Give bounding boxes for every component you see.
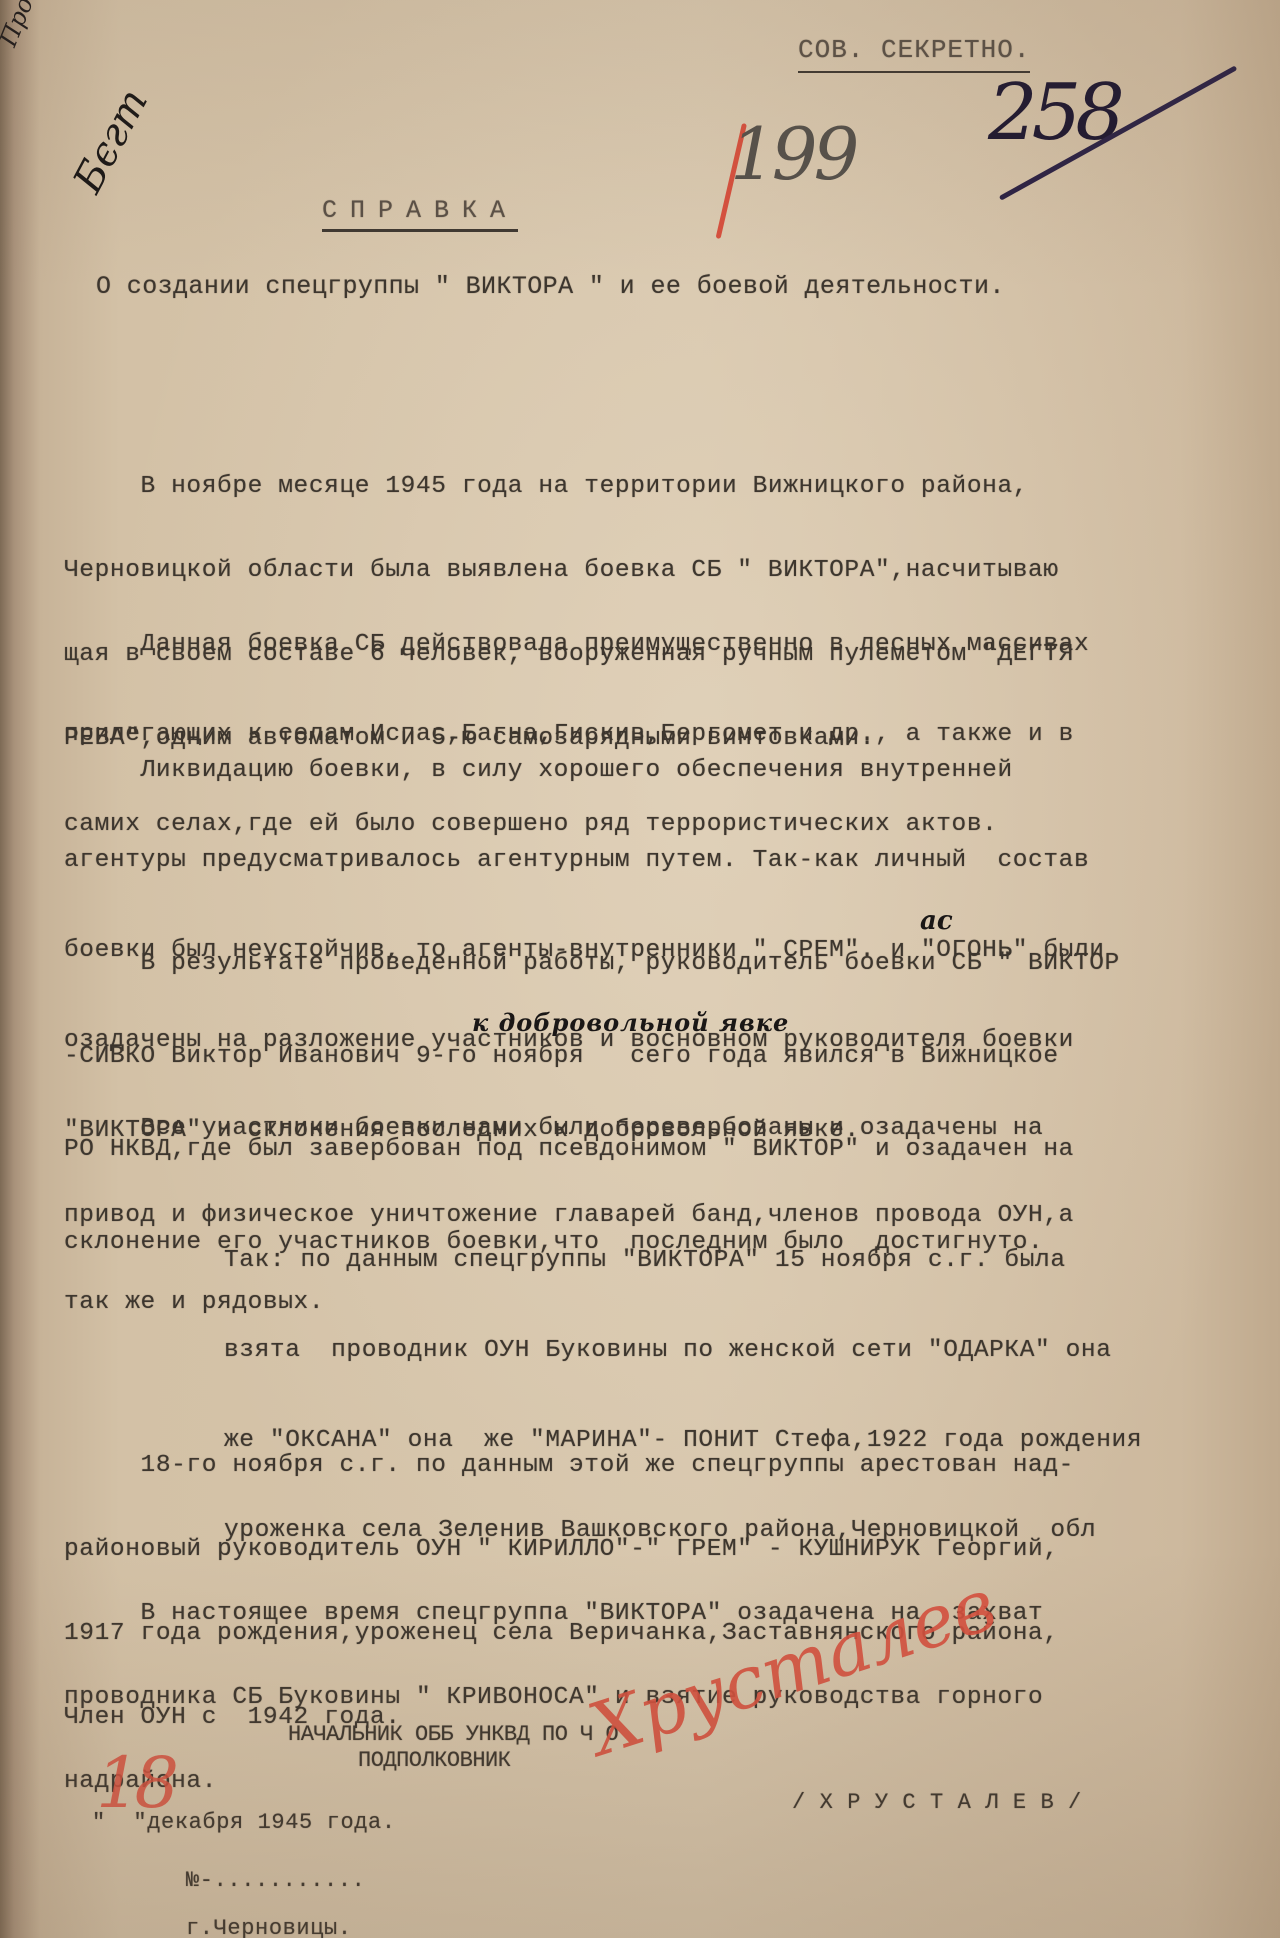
document-title: СПРАВКА bbox=[322, 196, 518, 232]
text-line: проводника СБ Буковины " КРИВОНОСА" и вз… bbox=[64, 1684, 1043, 1712]
text-line: Данная боевка СБ действовала преимуществ… bbox=[64, 630, 1089, 660]
margin-note-left: Бєгт bbox=[65, 82, 157, 201]
text-line: Все участники боевки нами были перевербо… bbox=[64, 1114, 1074, 1143]
city-line: г.Черновицы. bbox=[186, 1914, 352, 1938]
document-page: Прокурор Бєгт СОВ. СЕКРЕТНО. 199 258 СПР… bbox=[0, 0, 1280, 1938]
insertion-note: к добровольной явке bbox=[472, 1008, 789, 1037]
text-line: В результате проведенной работы, руковод… bbox=[64, 948, 1120, 979]
text-line: Ликвидацию боевки, в силу хорошего обесп… bbox=[64, 756, 1105, 786]
text-line: 18-го ноября с.г. по данным этой же спец… bbox=[64, 1452, 1074, 1480]
text-line: Так: по данным спецгруппы "ВИКТОРА" 15 н… bbox=[224, 1246, 1142, 1276]
sheet-number-red: 199 bbox=[730, 112, 855, 196]
signature-position-line1: НАЧАЛЬНИК ОББ УНКВД ПО Ч О bbox=[288, 1720, 618, 1749]
signature-position-line2: ПОДПОЛКОВНИК bbox=[358, 1746, 510, 1775]
document-number-line: №-........... bbox=[186, 1866, 365, 1895]
text-line: взята проводник ОУН Буковины по женской … bbox=[224, 1336, 1142, 1366]
insertion-correction: ас bbox=[920, 906, 953, 936]
signatory-name: / Х Р У С Т А Л Е В / bbox=[792, 1788, 1082, 1817]
text-line: В ноябре месяце 1945 года на территории … bbox=[64, 473, 1074, 501]
text-line: агентуры предусматривалось агентурным пу… bbox=[64, 846, 1105, 876]
date-day-handwritten: 18 bbox=[96, 1742, 173, 1824]
document-subtitle: О создании спецгруппы " ВИКТОРА " и ее б… bbox=[96, 272, 1005, 301]
margin-note-corner: Прокурор bbox=[0, 0, 66, 50]
